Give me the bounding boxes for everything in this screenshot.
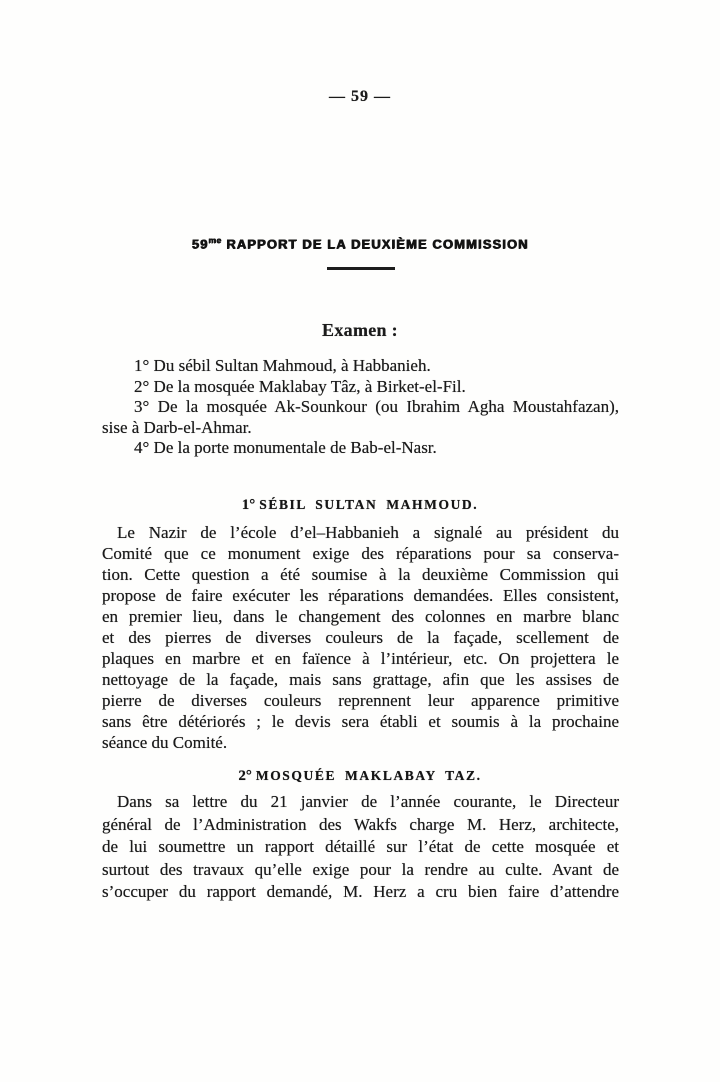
report-title-text: RAPPORT DE LA DEUXIÈME COMMISSION (226, 236, 528, 251)
list-item-4: 4° De la porte monumentale de Bab-el-Nas… (102, 438, 619, 459)
section-1-paragraph: Le Nazir de l’école d’el–Habbanieh a sig… (102, 522, 619, 753)
paragraph-line: Dans sa lettre du 21 janvier de l’année … (102, 791, 619, 814)
paragraph-line: Le Nazir de l’école d’el–Habbanieh a sig… (102, 522, 619, 543)
paragraph-line: de lui soumettre un rapport détaillé sur… (102, 836, 619, 859)
paragraph-line: propose de faire exécuter les réparation… (102, 585, 619, 606)
paragraph-line: Comité que ce monument exige des réparat… (102, 543, 619, 564)
paragraph-line: plaques en marbre et en faïence à l’inté… (102, 648, 619, 669)
examen-heading: Examen : (0, 320, 720, 341)
paragraph-line: général de l’Administration des Wakfs ch… (102, 814, 619, 837)
paragraph-line: pierre de diverses couleurs reprennent l… (102, 690, 619, 711)
report-number: 59 (192, 236, 209, 251)
page-number: — 59 — (0, 88, 720, 106)
list-item-3-line-2: sise à Darb-el-Ahmar. (102, 418, 619, 439)
paragraph-line: nettoyage de la façade, mais sans gratta… (102, 669, 619, 690)
section-1-heading: 1° SÉBIL SULTAN MAHMOUD. (0, 496, 720, 514)
examen-list: 1° Du sébil Sultan Mahmoud, à Habbanieh.… (102, 356, 619, 459)
report-ordinal-suffix: me (208, 235, 221, 245)
paragraph-line: surtout des travaux qu’elle exige pour l… (102, 859, 619, 882)
title-divider-rule (327, 267, 395, 270)
section-2-paragraph: Dans sa lettre du 21 janvier de l’année … (102, 791, 619, 904)
paragraph-line: en premier lieu, dans le changement des … (102, 606, 619, 627)
section-1-title: SÉBIL SULTAN MAHMOUD. (259, 497, 478, 512)
list-item-2: 2° De la mosquée Maklabay Tâz, à Birket-… (102, 377, 619, 398)
paragraph-line: sans être détériorés ; le devis sera éta… (102, 711, 619, 732)
paragraph-line: séance du Comité. (102, 732, 619, 753)
report-title: 59me RAPPORT DE LA DEUXIÈME COMMISSION (0, 235, 720, 251)
section-2-number: 2° (238, 768, 252, 784)
list-item-3-line-1: 3° De la mosquée Ak-Sounkour (ou Ibrahim… (102, 397, 619, 418)
section-2-title: MOSQUÉE MAKLABAY TAZ. (256, 768, 482, 783)
scanned-document-page: — 59 — 59me RAPPORT DE LA DEUXIÈME COMMI… (0, 0, 720, 1082)
paragraph-line: tion. Cette question a été soumise à la … (102, 564, 619, 585)
section-1-number: 1° (242, 497, 256, 513)
paragraph-line: s’occuper du rapport demandé, M. Herz a … (102, 881, 619, 904)
list-item-1: 1° Du sébil Sultan Mahmoud, à Habbanieh. (102, 356, 619, 377)
section-2-heading: 2° MOSQUÉE MAKLABAY TAZ. (0, 767, 720, 785)
paragraph-line: et des pierres de diverses couleurs de l… (102, 627, 619, 648)
